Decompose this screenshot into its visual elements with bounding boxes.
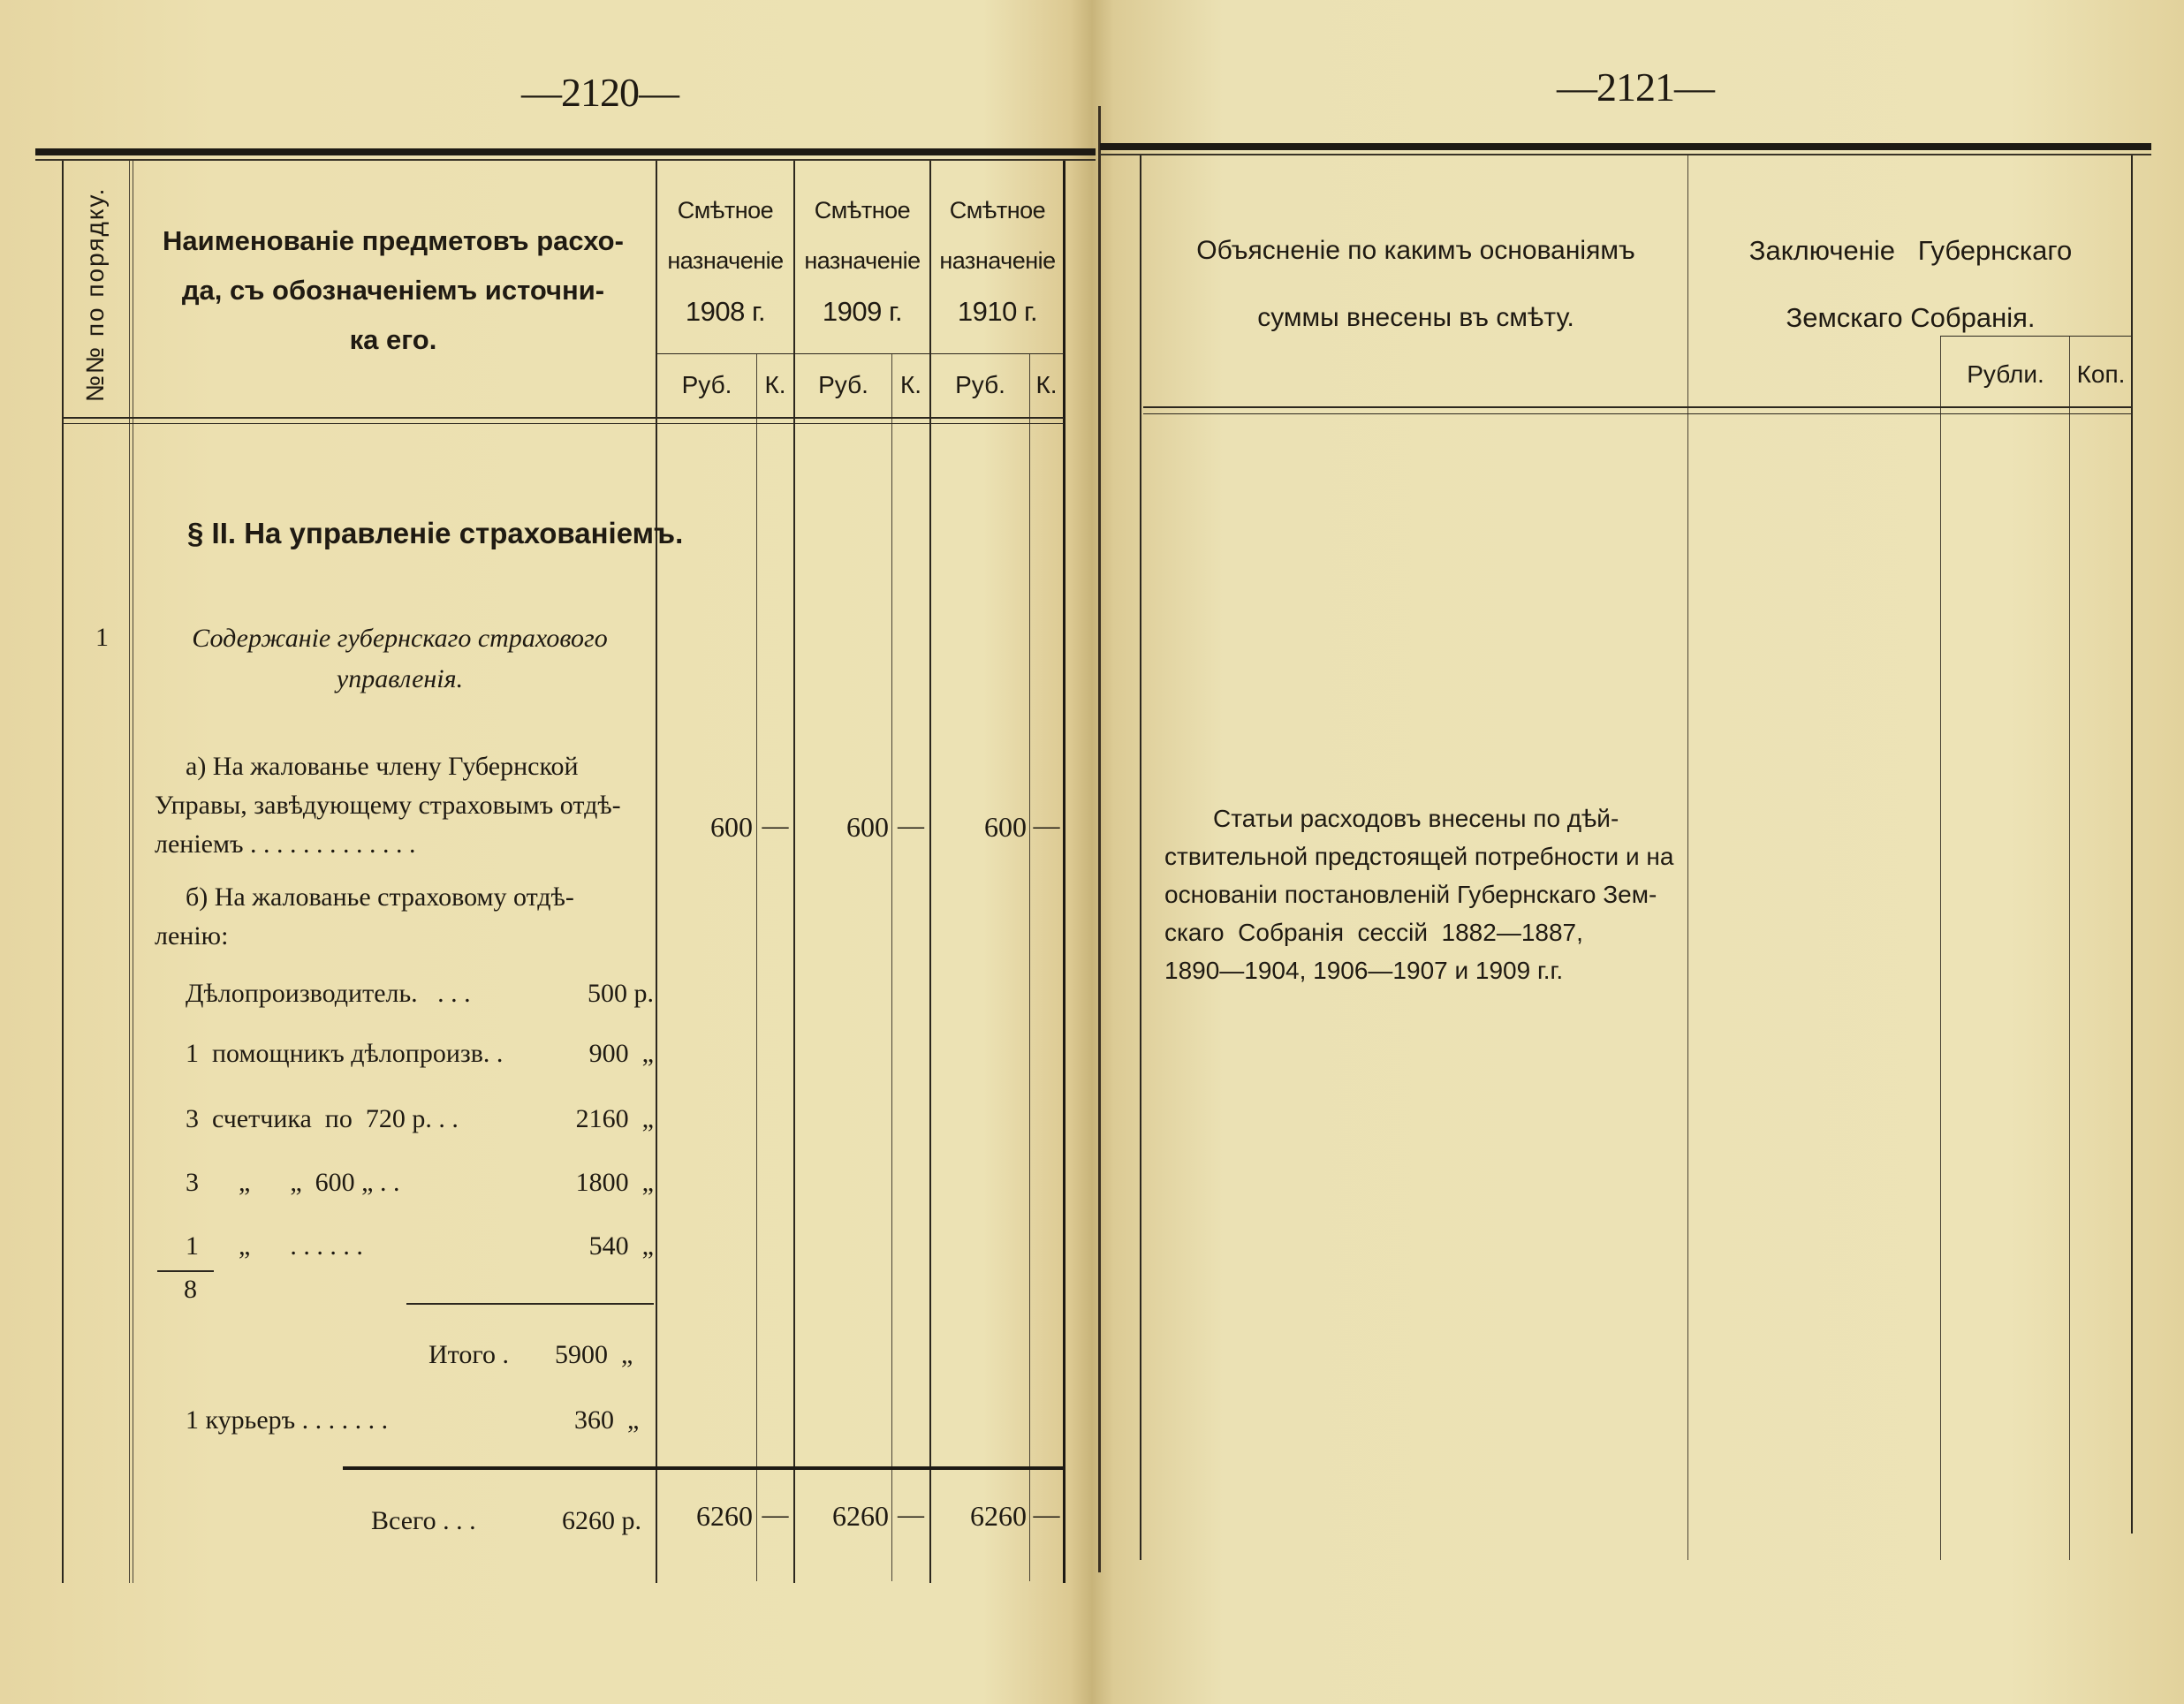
- header-bottom-rule-right: [1143, 406, 2131, 408]
- rub-header-1908: Руб.: [657, 371, 756, 399]
- explanation-header: Объясненіе по какимъ основаніямъ суммы в…: [1149, 217, 1683, 352]
- staff-row: 1 помощникъ дѣлопроизв. . 900 „: [186, 1039, 654, 1069]
- explanation-line: 1890—1904, 1906—1907 и 1909 г.г.: [1164, 951, 1681, 989]
- grand-total-kop-1909: —: [892, 1500, 929, 1530]
- estimate-header-line: Смѣтное: [795, 186, 929, 236]
- entry-b-line: б) На жалованье страховому отдѣ-: [155, 878, 649, 917]
- item-number: 1: [95, 618, 109, 657]
- row-number-header: №№ по порядку.: [81, 187, 110, 402]
- grand-total-kop-1908: —: [757, 1500, 793, 1530]
- section-title: § II. На управленіе страхованіемъ.: [187, 517, 683, 550]
- item-name-header-line: Наименованіе предметовъ расхо-: [141, 216, 645, 266]
- kop-header-1908: К.: [757, 371, 793, 399]
- item-name-header-line: ка его.: [141, 315, 645, 365]
- estimate-header-year: 1910 г.: [931, 286, 1064, 337]
- staff-amount: 500 р.: [588, 979, 654, 1009]
- table-right-border: [2131, 155, 2133, 1534]
- col-divider-1908-kop: [756, 353, 757, 1581]
- item-title-line: управленія.: [150, 659, 649, 700]
- entry-a-line: Управы, завѣдующему страховымъ отдѣ-: [155, 786, 649, 825]
- kop-header-1909: К.: [892, 371, 929, 399]
- grand-total-rub-1909: 6260: [795, 1500, 889, 1533]
- entry-a-line: а) На жалованье члену Губернской: [155, 747, 649, 786]
- grand-total-rule: [343, 1466, 1063, 1470]
- subtotal-label: Итого .: [428, 1336, 509, 1375]
- entry-a-line: леніемъ . . . . . . . . . . . . .: [155, 825, 649, 864]
- staff-label: 3 счетчика по 720 р. . .: [186, 1104, 459, 1134]
- explanation-header-line: Объясненіе по какимъ основаніямъ: [1149, 217, 1683, 284]
- col-divider-1909-kop: [891, 353, 892, 1581]
- book-gutter: [1098, 106, 1101, 1572]
- staff-total-count: 8: [184, 1270, 197, 1309]
- estimate-header-line: назначеніе: [657, 236, 793, 286]
- entry-a: а) На жалованье члену Губернской Управы,…: [155, 747, 649, 864]
- explanation-line: основаніи постановленій Губернскаго Зем-: [1164, 875, 1681, 913]
- grand-total-amount: 6260 р.: [562, 1502, 641, 1541]
- top-rule-right-thin: [1100, 154, 2151, 155]
- col-divider-rub: [1940, 336, 1941, 1560]
- grand-total-kop-1910: —: [1030, 1500, 1063, 1530]
- kop-header-conclusion: Коп.: [2071, 360, 2131, 389]
- courier-label: 1 курьеръ . . . . . . .: [186, 1401, 388, 1440]
- staff-row: 3 „ „ 600 „ . . 1800 „: [186, 1168, 654, 1198]
- staff-amount: 540 „: [589, 1231, 654, 1261]
- entry-a-rub-1908: 600: [657, 811, 753, 844]
- estimate-header-year: 1909 г.: [795, 286, 929, 337]
- entry-b: б) На жалованье страховому отдѣ- ленію:: [155, 878, 649, 956]
- grand-total-label: Всего . . .: [371, 1502, 476, 1541]
- estimate-header-1910: Смѣтное назначеніе 1910 г.: [931, 186, 1064, 337]
- staff-label: 1 помощникъ дѣлопроизв. .: [186, 1039, 503, 1069]
- rub-header-1909: Руб.: [795, 371, 891, 399]
- staff-amount: 2160 „: [576, 1104, 654, 1134]
- page-number-left: —2120—: [521, 69, 679, 116]
- explanation-line: скаго Собранія сессій 1882—1887,: [1164, 913, 1681, 951]
- grand-total-rub-1910: 6260: [931, 1500, 1027, 1533]
- estimate-header-line: Смѣтное: [931, 186, 1064, 236]
- grand-total-rub-1908: 6260: [657, 1500, 753, 1533]
- item-name-header: Наименованіе предметовъ расхо- да, съ об…: [141, 216, 645, 365]
- page-number-right: —2121—: [1557, 64, 1714, 110]
- item-name-header-line: да, съ обозначеніемъ источни-: [141, 266, 645, 315]
- staff-row: 1 „ . . . . . . 540 „: [186, 1231, 654, 1261]
- staff-row: Дѣлопроизводитель. . . . 500 р.: [186, 979, 654, 1009]
- estimate-header-year: 1908 г.: [657, 286, 793, 337]
- col-divider-number: [129, 161, 130, 1583]
- courier-amount: 360 „: [574, 1401, 639, 1440]
- subheader-rule: [656, 353, 1064, 354]
- estimate-header-line: назначеніе: [795, 236, 929, 286]
- staff-amount: 900 „: [589, 1039, 654, 1069]
- top-rule-left-thin: [35, 159, 1096, 161]
- table-right-border-left: [1063, 161, 1065, 1583]
- col-divider-explanation: [1687, 155, 1688, 1560]
- table-left-border: [62, 161, 64, 1583]
- col-divider-1910-kop: [1029, 353, 1030, 1581]
- explanation-line: ствительной предстоящей потребности и на: [1164, 837, 1681, 875]
- subtotal-amount: 5900 „: [555, 1336, 633, 1375]
- estimate-header-line: назначеніе: [931, 236, 1064, 286]
- entry-a-rub-1909: 600: [795, 811, 889, 844]
- explanation-line: Статьи расходовъ внесены по дѣй-: [1164, 799, 1681, 837]
- top-rule-left: [35, 148, 1096, 155]
- staff-label: Дѣлопроизводитель. . . .: [186, 979, 471, 1009]
- explanation-text: Статьи расходовъ внесены по дѣй- ствител…: [1164, 799, 1681, 989]
- header-bottom-rule: [62, 417, 1064, 419]
- entry-a-kop-1910: —: [1030, 811, 1063, 841]
- rub-header-1910: Руб.: [931, 371, 1029, 399]
- subtotal-rule: [406, 1303, 654, 1305]
- top-rule-right: [1100, 143, 2151, 150]
- entry-b-line: ленію:: [155, 917, 649, 956]
- estimate-header-line: Смѣтное: [657, 186, 793, 236]
- explanation-header-line: суммы внесены въ смѣту.: [1149, 284, 1683, 352]
- conclusion-header-line: Заключеніе Губернскаго: [1696, 217, 2125, 284]
- entry-a-kop-1908: —: [757, 811, 793, 841]
- col-divider-kop: [2069, 336, 2070, 1560]
- staff-label: 3 „ „ 600 „ . .: [186, 1168, 399, 1198]
- staff-amount: 1800 „: [576, 1168, 654, 1198]
- header-bottom-rule-double: [62, 423, 1064, 424]
- rub-header-conclusion: Рубли.: [1942, 360, 2069, 389]
- staff-row: 3 счетчика по 720 р. . . 2160 „: [186, 1104, 654, 1134]
- item-title: Содержаніе губернскаго страхового управл…: [150, 618, 649, 700]
- kop-header-1910: К.: [1030, 371, 1063, 399]
- table-left-border-right: [1140, 155, 1141, 1560]
- entry-a-kop-1909: —: [892, 811, 929, 841]
- conclusion-header: Заключеніе Губернскаго Земскаго Собранія…: [1696, 217, 2125, 352]
- entry-a-rub-1910: 600: [931, 811, 1027, 844]
- header-bottom-rule-right-double: [1143, 413, 2131, 414]
- estimate-header-1909: Смѣтное назначеніе 1909 г.: [795, 186, 929, 337]
- item-title-line: Содержаніе губернскаго страхового: [150, 618, 649, 659]
- staff-label: 1 „ . . . . . .: [186, 1231, 363, 1261]
- estimate-header-1908: Смѣтное назначеніе 1908 г.: [657, 186, 793, 337]
- conclusion-header-line: Земскаго Собранія.: [1696, 284, 2125, 352]
- col-divider-number-double: [133, 161, 133, 1583]
